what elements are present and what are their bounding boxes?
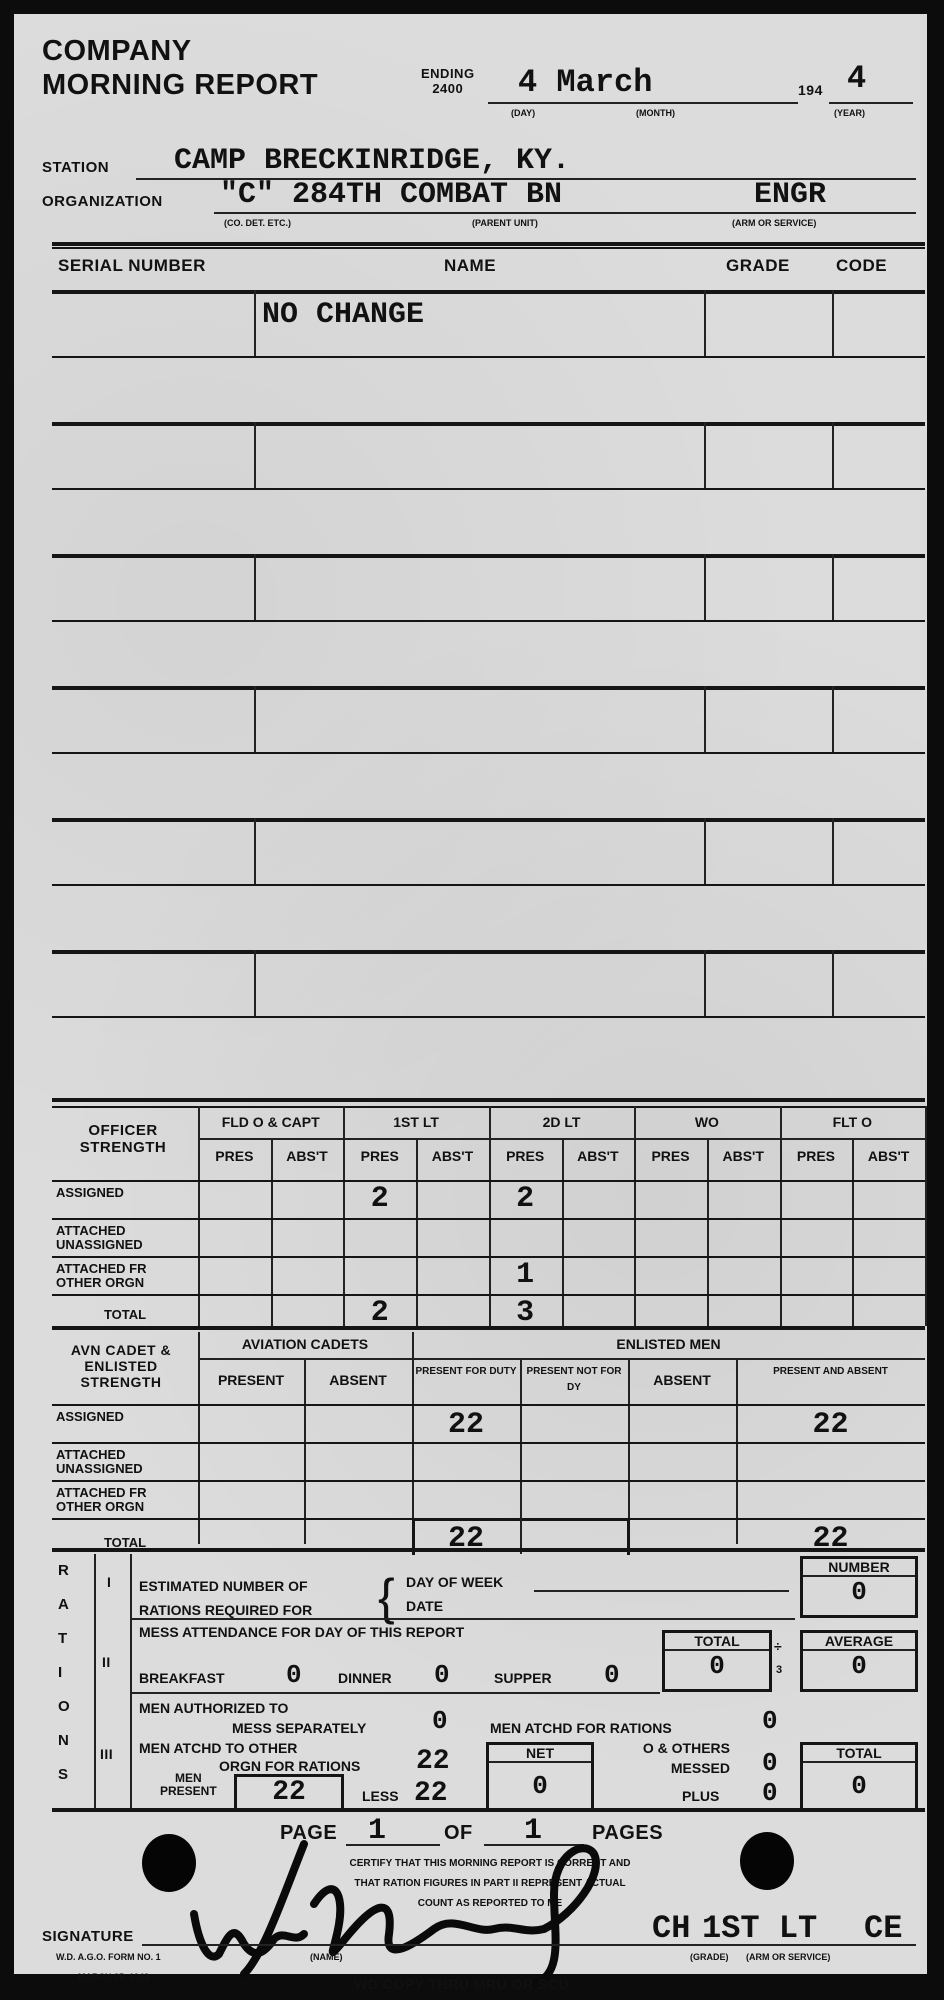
enlisted-row-label: ATTACHED FR OTHER ORGN (56, 1486, 194, 1514)
year-prefix: 194 (798, 82, 823, 98)
officer-group-header: FLD O & CAPT (198, 1114, 343, 1130)
name-caption: (NAME) (310, 1952, 343, 1962)
section-2-numeral: II (102, 1654, 111, 1670)
rule (52, 686, 925, 690)
divide-icon: ÷ (774, 1638, 782, 1654)
atchd-other-value: 22 (416, 1746, 450, 1777)
rule (520, 1358, 522, 1544)
date-value: 4 March (518, 64, 652, 101)
enlisted-column-header: PRESENT NOT FOR DY (520, 1364, 628, 1396)
plus-label: PLUS (682, 1788, 719, 1804)
code-header: CODE (836, 256, 887, 276)
less-value: 22 (414, 1778, 448, 1809)
rule (736, 1358, 738, 1544)
handwritten-signature-icon (174, 1834, 694, 1994)
rule (52, 1218, 925, 1220)
breakfast-label: BREAKFAST (139, 1670, 225, 1686)
rule (198, 1358, 925, 1360)
rations-side-letter: O (58, 1698, 70, 1715)
total-value: 0 (803, 1771, 915, 1801)
officer-group-header: WO (634, 1114, 779, 1130)
dinner-label: DINNER (338, 1670, 392, 1686)
rule (52, 290, 925, 294)
arm-caption: (ARM OR SERVICE) (746, 1952, 830, 1962)
others-label: MESSED (620, 1760, 730, 1776)
rule (130, 1618, 795, 1620)
average-box: AVERAGE 0 (800, 1630, 918, 1692)
supper-label: SUPPER (494, 1670, 552, 1686)
auth-label: MEN AUTHORIZED TO (139, 1700, 288, 1716)
rule (832, 422, 834, 488)
officer-row-label: ATTACHED UNASSIGNED (56, 1224, 194, 1252)
month-caption: (MONTH) (636, 108, 675, 118)
morning-report-form: COMPANY MORNING REPORT ENDING 2400 4 Mar… (14, 14, 927, 1974)
total-value: 0 (665, 1651, 769, 1681)
form-number: W.D. A.G.O. FORM NO. 1 (56, 1952, 161, 1962)
rule (52, 1098, 925, 1102)
rule (254, 554, 256, 620)
atchd-for-rations-value: 0 (762, 1706, 778, 1736)
rule (634, 1106, 636, 1326)
officer-subheader: PRES (489, 1148, 562, 1164)
rule (704, 422, 706, 488)
signer-grade: 1ST LT (702, 1910, 817, 1947)
auth-value: 0 (432, 1706, 448, 1736)
rule (304, 1358, 306, 1544)
rule (852, 1138, 854, 1326)
supper-value: 0 (604, 1660, 620, 1690)
rule (832, 950, 834, 1016)
serial-number-header: SERIAL NUMBER (58, 256, 206, 276)
rule (343, 1106, 345, 1326)
officer-cell: 2 (343, 1182, 416, 1216)
officer-subheader: PRES (634, 1148, 707, 1164)
auth-label: MESS SEPARATELY (232, 1720, 366, 1736)
date-label: DATE (406, 1598, 443, 1614)
officer-row-label: TOTAL (56, 1308, 194, 1322)
enlisted-strength-title: AVN CADET & ENLISTED STRENGTH (56, 1342, 186, 1390)
officer-group-header: 2D LT (489, 1114, 634, 1130)
co-caption: (CO. DET. ETC.) (224, 218, 291, 228)
rule (52, 884, 925, 886)
others-value: 0 (762, 1748, 778, 1778)
grade-caption: (GRADE) (690, 1952, 729, 1962)
rule (52, 950, 925, 954)
signer-arm: CE (864, 1910, 902, 1947)
signature-label: SIGNATURE (42, 1928, 134, 1945)
roster-entry-no-change: NO CHANGE (262, 298, 424, 332)
officer-group-header: 1ST LT (343, 1114, 488, 1130)
rations-side-letter: T (58, 1630, 68, 1647)
officer-subheader: ABS'T (416, 1148, 489, 1164)
rule (416, 1138, 418, 1326)
rule (271, 1138, 273, 1326)
enlisted-cell: 22 (412, 1408, 520, 1442)
rule (254, 686, 256, 752)
rule (254, 290, 256, 356)
parent-unit-caption: (PARENT UNIT) (472, 218, 538, 228)
rations-side-letter: A (58, 1596, 69, 1613)
ending-label: ENDING 2400 (421, 66, 475, 96)
officer-subheader: ABS'T (271, 1148, 344, 1164)
rule (52, 422, 925, 426)
enlisted-column-header: PRESENT FOR DUTY (412, 1364, 520, 1380)
rule (94, 1554, 96, 1808)
rule (832, 818, 834, 884)
brace-icon: { (378, 1572, 395, 1622)
rule (628, 1358, 630, 1544)
rule (704, 950, 706, 1016)
copy-note: WD COPY THRU MRU OR SCU (354, 1976, 569, 1992)
rule (254, 818, 256, 884)
atchd-other-label: MEN ATCHD TO OTHER (139, 1740, 297, 1756)
total-label: TOTAL (803, 1745, 915, 1763)
rule (52, 1480, 925, 1482)
enlisted-column-header: ABSENT (628, 1372, 736, 1388)
rule (925, 1106, 927, 1326)
officer-cell: 3 (489, 1296, 562, 1330)
rule (198, 1106, 200, 1326)
rule (52, 1442, 925, 1444)
rule (832, 290, 834, 356)
average-label: AVERAGE (803, 1633, 915, 1651)
ending-text: ENDING (421, 66, 475, 81)
rations-side-letter: N (58, 1732, 69, 1749)
rule (704, 290, 706, 356)
year-caption: (YEAR) (834, 108, 865, 118)
rule (254, 950, 256, 1016)
enlisted-column-header: ABSENT (304, 1372, 412, 1388)
form-date: MARCH 25, 1943 (78, 1972, 149, 1982)
day-of-week-line (534, 1574, 789, 1592)
ending-time: 2400 (421, 81, 475, 96)
officer-subheader: PRES (198, 1148, 271, 1164)
rule (704, 554, 706, 620)
officer-subheader: ABS'T (707, 1148, 780, 1164)
rule (832, 686, 834, 752)
year-line (829, 72, 913, 104)
officer-row-label: ATTACHED FR OTHER ORGN (56, 1262, 194, 1290)
enlisted-row-label: ATTACHED UNASSIGNED (56, 1448, 194, 1476)
mess-total-box: TOTAL 0 (662, 1630, 772, 1692)
total-label: TOTAL (665, 1633, 769, 1651)
arm-value: ENGR (754, 178, 826, 212)
officer-strength-title: OFFICER STRENGTH (58, 1122, 188, 1156)
atchd-other-label: ORGN FOR RATIONS (219, 1758, 360, 1774)
station-value: CAMP BRECKINRIDGE, KY. (174, 144, 570, 178)
form-title: COMPANY MORNING REPORT (42, 34, 318, 102)
title-line-2: MORNING REPORT (42, 68, 318, 102)
officer-row-label: ASSIGNED (56, 1186, 194, 1200)
officer-subheader: PRES (343, 1148, 416, 1164)
enlisted-column-header: PRESENT AND ABSENT (736, 1364, 925, 1380)
enlisted-men-header: ENLISTED MEN (412, 1336, 925, 1352)
section-1-label: ESTIMATED NUMBER OF RATIONS REQUIRED FOR (139, 1574, 312, 1622)
atchd-for-rations-label: MEN ATCHD FOR RATIONS (490, 1720, 672, 1736)
rule (52, 752, 925, 754)
breakfast-value: 0 (286, 1660, 302, 1690)
men-present-value: 22 (237, 1777, 341, 1808)
aviation-cadets-header: AVIATION CADETS (198, 1336, 412, 1352)
rule (52, 620, 925, 622)
year-value: 4 (847, 60, 866, 97)
net-box: NET 0 (486, 1742, 594, 1809)
rule (52, 488, 925, 490)
net-label: NET (489, 1745, 591, 1763)
rule (562, 1138, 564, 1326)
rule (52, 1404, 925, 1406)
net-value: 0 (489, 1771, 591, 1801)
rule (52, 554, 925, 558)
rule (52, 247, 925, 249)
men-present-box: 22 (234, 1774, 344, 1811)
rations-side-letter: S (58, 1766, 69, 1783)
title-line-1: COMPANY (42, 34, 318, 68)
label-line: PRESENT (160, 1785, 217, 1798)
rule (704, 686, 706, 752)
label-line: ESTIMATED NUMBER OF (139, 1574, 312, 1598)
rule (52, 818, 925, 822)
enlisted-cell: 22 (736, 1408, 925, 1442)
rule (52, 1548, 925, 1552)
rations-side-letter: I (58, 1664, 63, 1681)
enlisted-column-header: PRESENT (198, 1372, 304, 1388)
others-label: O & OTHERS (620, 1740, 730, 1756)
rule (130, 1554, 132, 1808)
rule (52, 1326, 925, 1330)
officer-cell: 2 (489, 1182, 562, 1216)
average-value: 0 (803, 1651, 915, 1681)
section-3-numeral: III (100, 1746, 113, 1762)
officer-cell: 1 (489, 1258, 562, 1292)
officer-subheader: ABS'T (562, 1148, 635, 1164)
officer-cell: 2 (343, 1296, 416, 1330)
dinner-value: 0 (434, 1660, 450, 1690)
plus-value: 0 (762, 1778, 778, 1808)
signer-typed-name: CH (652, 1910, 690, 1947)
enlisted-row-label: ASSIGNED (56, 1410, 194, 1424)
rations-side-letter: R (58, 1562, 69, 1579)
organization-label: ORGANIZATION (42, 193, 163, 210)
organization-value: "C" 284TH COMBAT BN (220, 178, 562, 212)
rule (832, 554, 834, 620)
ration-total-box: TOTAL 0 (800, 1742, 918, 1809)
rule (489, 1106, 491, 1326)
divide-by: 3 (776, 1664, 783, 1676)
rule (52, 242, 925, 246)
number-box: NUMBER 0 (800, 1556, 918, 1618)
name-header: NAME (444, 256, 496, 276)
officer-subheader: ABS'T (852, 1148, 925, 1164)
number-value: 0 (803, 1577, 915, 1607)
rule (254, 422, 256, 488)
rule (52, 1016, 925, 1018)
station-label: STATION (42, 159, 109, 176)
rule (52, 1808, 925, 1812)
rule (52, 356, 925, 358)
arm-caption: (ARM OR SERVICE) (732, 218, 816, 228)
rule (130, 1692, 660, 1694)
rule (780, 1106, 782, 1326)
number-label: NUMBER (803, 1559, 915, 1577)
day-of-week-label: DAY OF WEEK (406, 1574, 503, 1590)
rule (707, 1138, 709, 1326)
officer-group-header: FLT O (780, 1114, 925, 1130)
day-caption: (DAY) (511, 108, 535, 118)
mess-attendance-title: MESS ATTENDANCE FOR DAY OF THIS REPORT (139, 1624, 464, 1640)
rule (704, 818, 706, 884)
rule (198, 1332, 200, 1544)
section-1-numeral: I (107, 1574, 111, 1590)
punch-hole (740, 1832, 794, 1890)
less-label: LESS (362, 1788, 399, 1804)
grade-header: GRADE (726, 256, 790, 276)
officer-subheader: PRES (780, 1148, 853, 1164)
men-present-label: MEN PRESENT (160, 1772, 217, 1798)
